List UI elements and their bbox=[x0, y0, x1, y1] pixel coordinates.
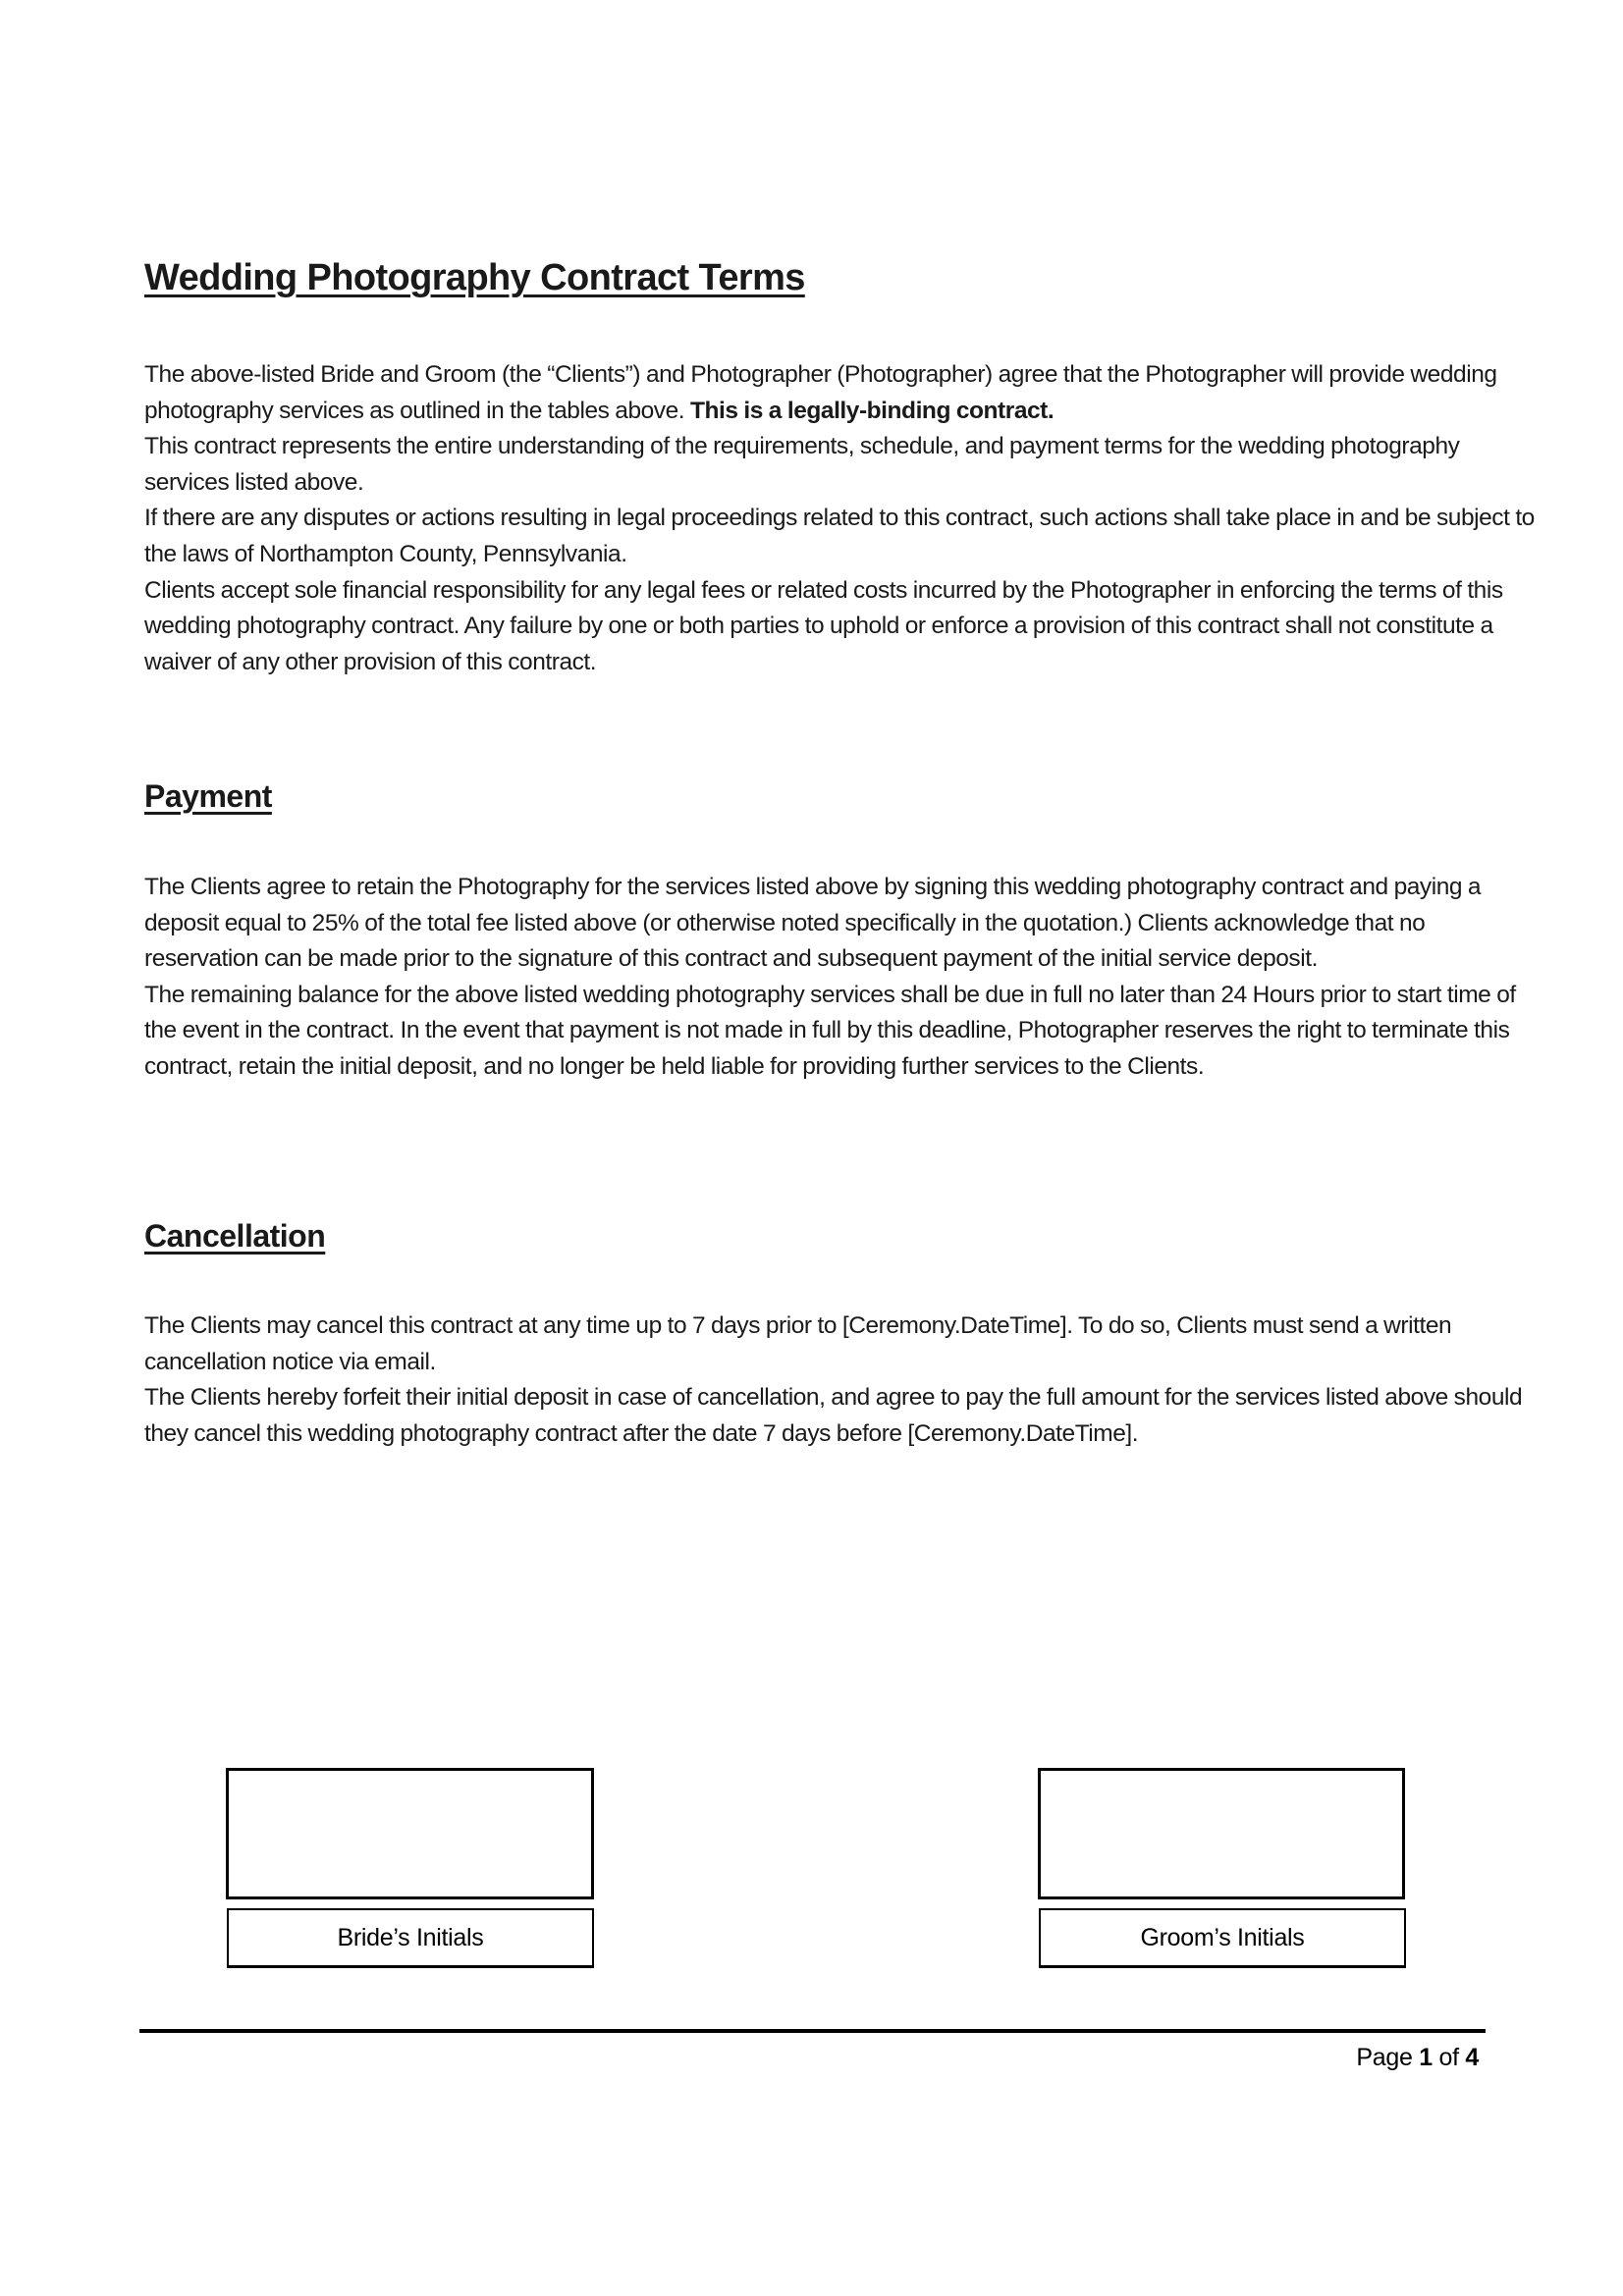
intro-paragraph-2: This contract represents the entire unde… bbox=[144, 429, 1539, 501]
bride-initials-field[interactable] bbox=[226, 1768, 594, 1899]
cancellation-heading: Cancellation bbox=[144, 1218, 325, 1255]
document-page: Wedding Photography Contract Terms The a… bbox=[0, 0, 1623, 2296]
intro-paragraph-1: The above-listed Bride and Groom (the “C… bbox=[144, 357, 1539, 429]
groom-initials-field[interactable] bbox=[1038, 1768, 1405, 1899]
payment-heading: Payment bbox=[144, 778, 272, 815]
cancellation-paragraph-1: The Clients may cancel this contract at … bbox=[144, 1308, 1539, 1380]
payment-section: The Clients agree to retain the Photogra… bbox=[144, 870, 1539, 1086]
cancellation-section: The Clients may cancel this contract at … bbox=[144, 1308, 1539, 1452]
cancellation-paragraph-2: The Clients hereby forfeit their initial… bbox=[144, 1380, 1539, 1452]
current-page: 1 bbox=[1419, 2044, 1433, 2071]
payment-paragraph-2: The remaining balance for the above list… bbox=[144, 978, 1539, 1086]
groom-initials-label: Groom’s Initials bbox=[1039, 1908, 1406, 1968]
footer-divider bbox=[139, 2029, 1486, 2033]
bride-initials-label: Bride’s Initials bbox=[227, 1908, 594, 1968]
payment-paragraph-1: The Clients agree to retain the Photogra… bbox=[144, 870, 1539, 978]
page-number: Page 1 of 4 bbox=[1356, 2044, 1479, 2072]
intro-paragraph-3: If there are any disputes or actions res… bbox=[144, 501, 1539, 572]
legal-notice: This is a legally-binding contract. bbox=[690, 398, 1054, 424]
intro-section: The above-listed Bride and Groom (the “C… bbox=[144, 357, 1539, 680]
page-title: Wedding Photography Contract Terms bbox=[144, 257, 805, 299]
total-pages: 4 bbox=[1465, 2044, 1479, 2071]
intro-paragraph-4: Clients accept sole financial responsibi… bbox=[144, 573, 1539, 681]
